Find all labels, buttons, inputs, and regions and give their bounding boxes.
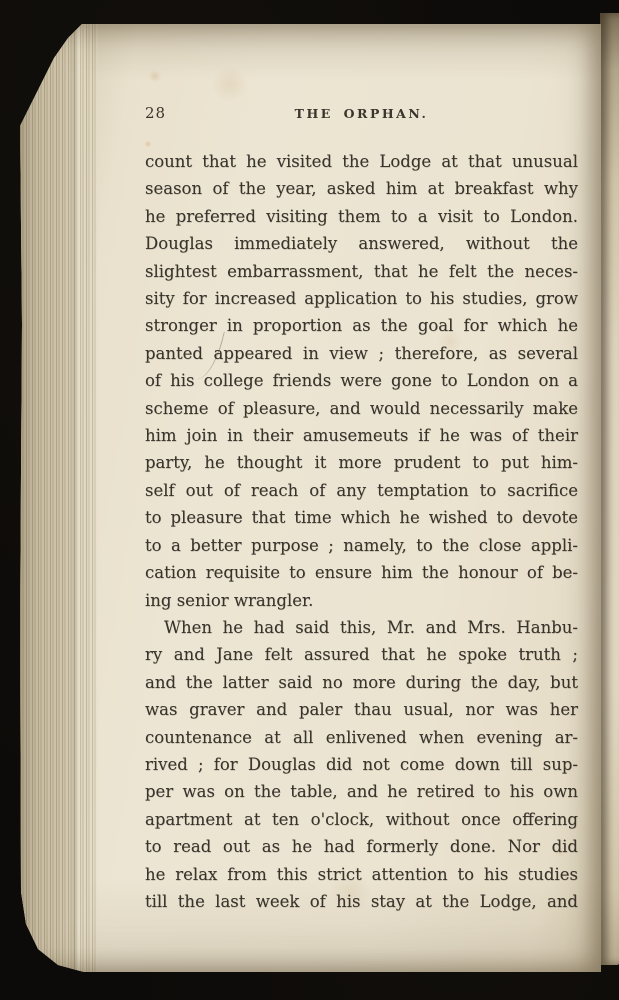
text-line: party, he thought it more prudent to put…: [145, 449, 578, 476]
adjacent-page-edge: [600, 13, 619, 965]
text-line: season of the year, asked him at breakfa…: [145, 175, 578, 202]
text-line: of his college friends were gone to Lond…: [145, 367, 578, 394]
text-line: Douglas immediately answered, without th…: [145, 230, 578, 257]
text-line: to a better purpose ; namely, to the clo…: [145, 532, 578, 559]
text-line: ry and Jane felt assured that he spoke t…: [145, 641, 578, 668]
text-line: count that he visited the Lodge at that …: [145, 148, 578, 175]
page-body: count that he visited the Lodge at that …: [145, 148, 578, 915]
text-line: he preferred visiting them to a visit to…: [145, 203, 578, 230]
page-header: 28 THE ORPHAN.: [145, 103, 578, 125]
text-line: cation requisite to ensure him the honou…: [145, 559, 578, 586]
text-line: per was on the table, and he retired to …: [145, 778, 578, 805]
text-line: countenance at all enlivened when evenin…: [145, 724, 578, 751]
text-line: sity for increased application to his st…: [145, 285, 578, 312]
book-page: 28 THE ORPHAN. count that he visited the…: [20, 24, 601, 972]
text-line: slightest embarrassment, that he felt th…: [145, 258, 578, 285]
text-line: to read out as he had formerly done. Nor…: [145, 833, 578, 860]
running-title: THE ORPHAN.: [145, 106, 578, 121]
text-line-paragraph-end: ing senior wrangler.: [145, 587, 578, 614]
text-line: he relax from this strict attention to h…: [145, 861, 578, 888]
text-line: apartment at ten o'clock, without once o…: [145, 806, 578, 833]
text-line: to pleasure that time which he wished to…: [145, 504, 578, 531]
text-line: rived ; for Douglas did not come down ti…: [145, 751, 578, 778]
text-line: till the last week of his stay at the Lo…: [145, 888, 578, 915]
text-line: stronger in proportion as the goal for w…: [145, 312, 578, 339]
text-line-paragraph-start: When he had said this, Mr. and Mrs. Hanb…: [145, 614, 578, 641]
text-line: and the latter said no more during the d…: [145, 669, 578, 696]
page-edge-stack: [20, 24, 98, 972]
text-line: scheme of pleasure, and would necessaril…: [145, 395, 578, 422]
text-line: was graver and paler thau usual, nor was…: [145, 696, 578, 723]
text-line: panted appeared in view ; therefore, as …: [145, 340, 578, 367]
text-line: self out of reach of any temptation to s…: [145, 477, 578, 504]
text-line: him join in their amusemeuts if he was o…: [145, 422, 578, 449]
book-scan: 28 THE ORPHAN. count that he visited the…: [0, 0, 619, 1000]
